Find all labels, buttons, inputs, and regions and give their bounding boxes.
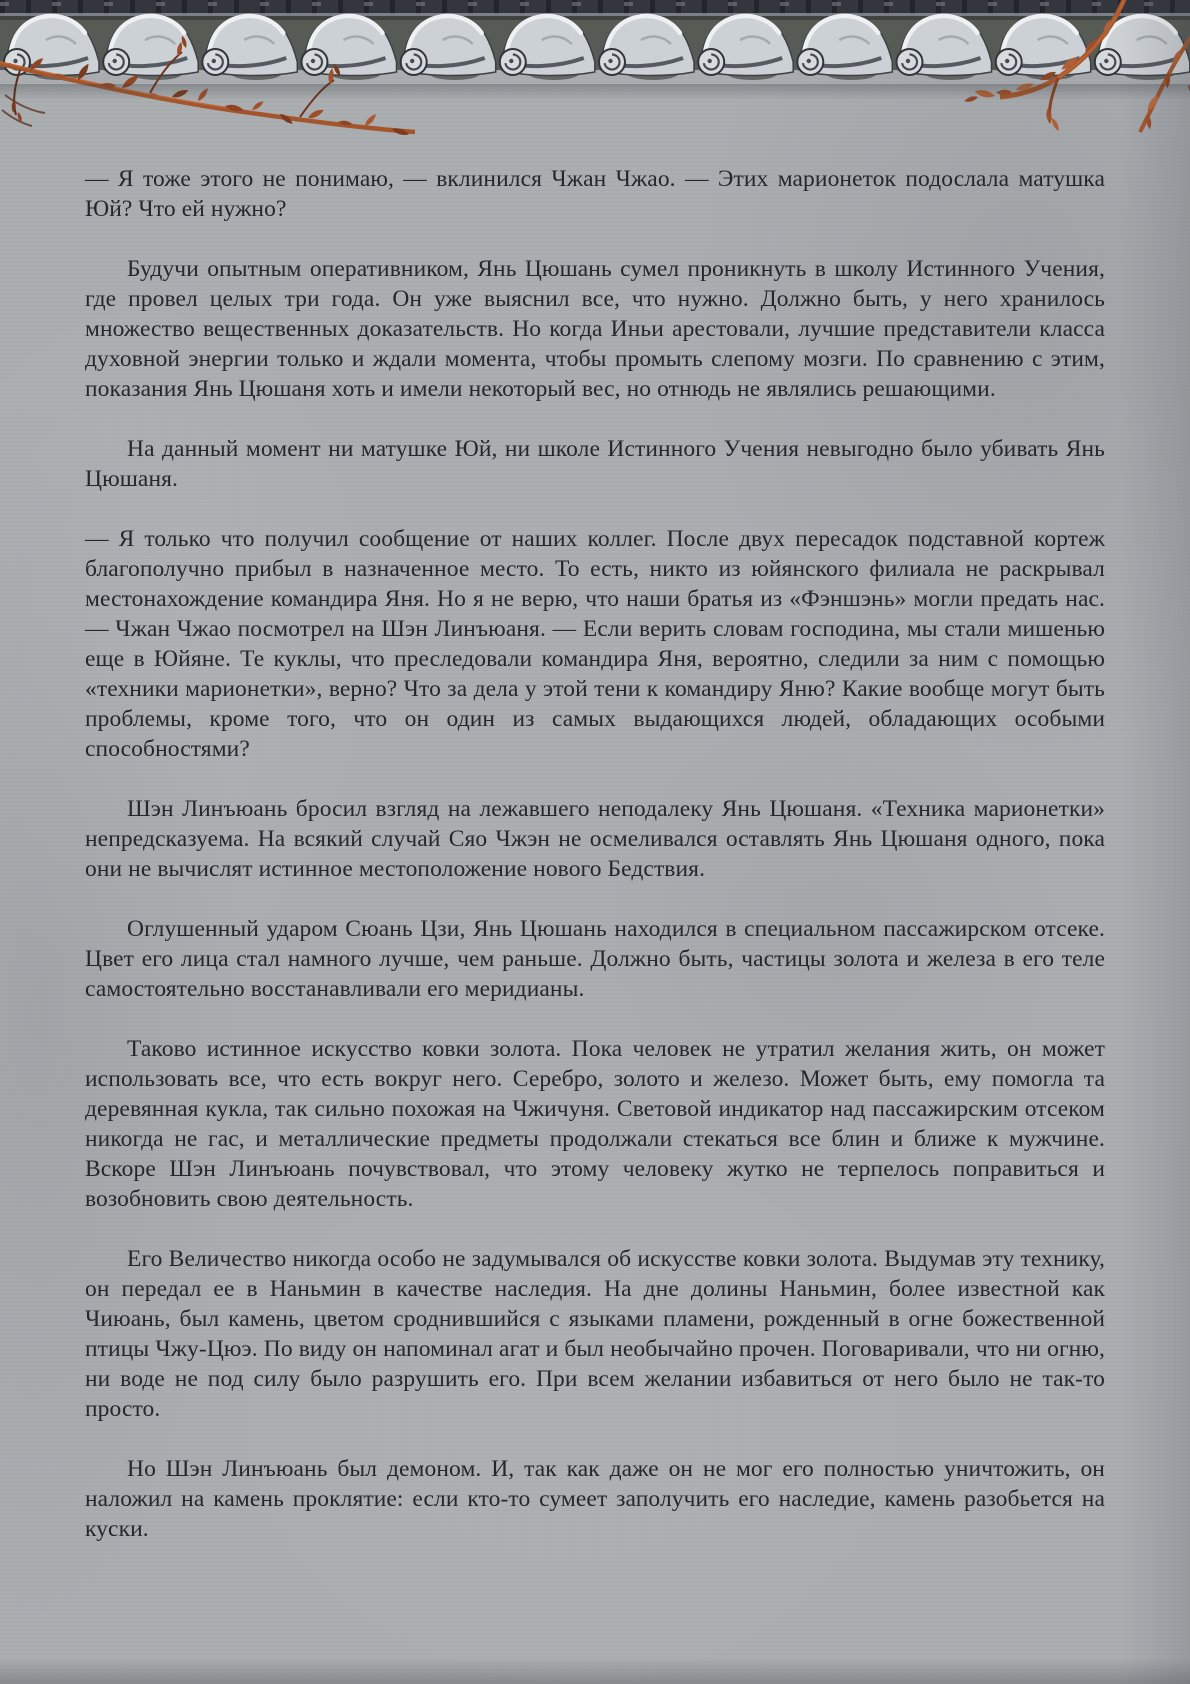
page-vignette-right [1120,0,1190,1684]
page-vignette-bottom [0,1658,1190,1684]
text-content: — Я тоже этого не понимаю, — вклинился Ч… [85,164,1105,1574]
roof-tiles-decoration [0,0,1190,152]
book-page: { "page": { "type": "ebook-reader-page",… [0,0,1190,1684]
paragraph-7: Таково истинное искусство ковки золота. … [85,1034,1105,1214]
paragraph-4: — Я только что получил сообщение от наши… [85,524,1105,764]
paragraph-1: — Я тоже этого не понимаю, — вклинился Ч… [85,164,1105,224]
paragraph-9: Но Шэн Линъюань был демоном. И, так как … [85,1454,1105,1544]
paragraph-2: Будучи опытным оперативником, Янь Цюшань… [85,254,1105,404]
paragraph-8: Его Величество никогда особо не задумыва… [85,1244,1105,1424]
paragraph-5: Шэн Линъюань бросил взгляд на лежавшего … [85,794,1105,884]
paragraph-3: На данный момент ни матушке Юй, ни школе… [85,434,1105,494]
paragraph-6: Оглушенный ударом Сюань Цзи, Янь Цюшань … [85,914,1105,1004]
